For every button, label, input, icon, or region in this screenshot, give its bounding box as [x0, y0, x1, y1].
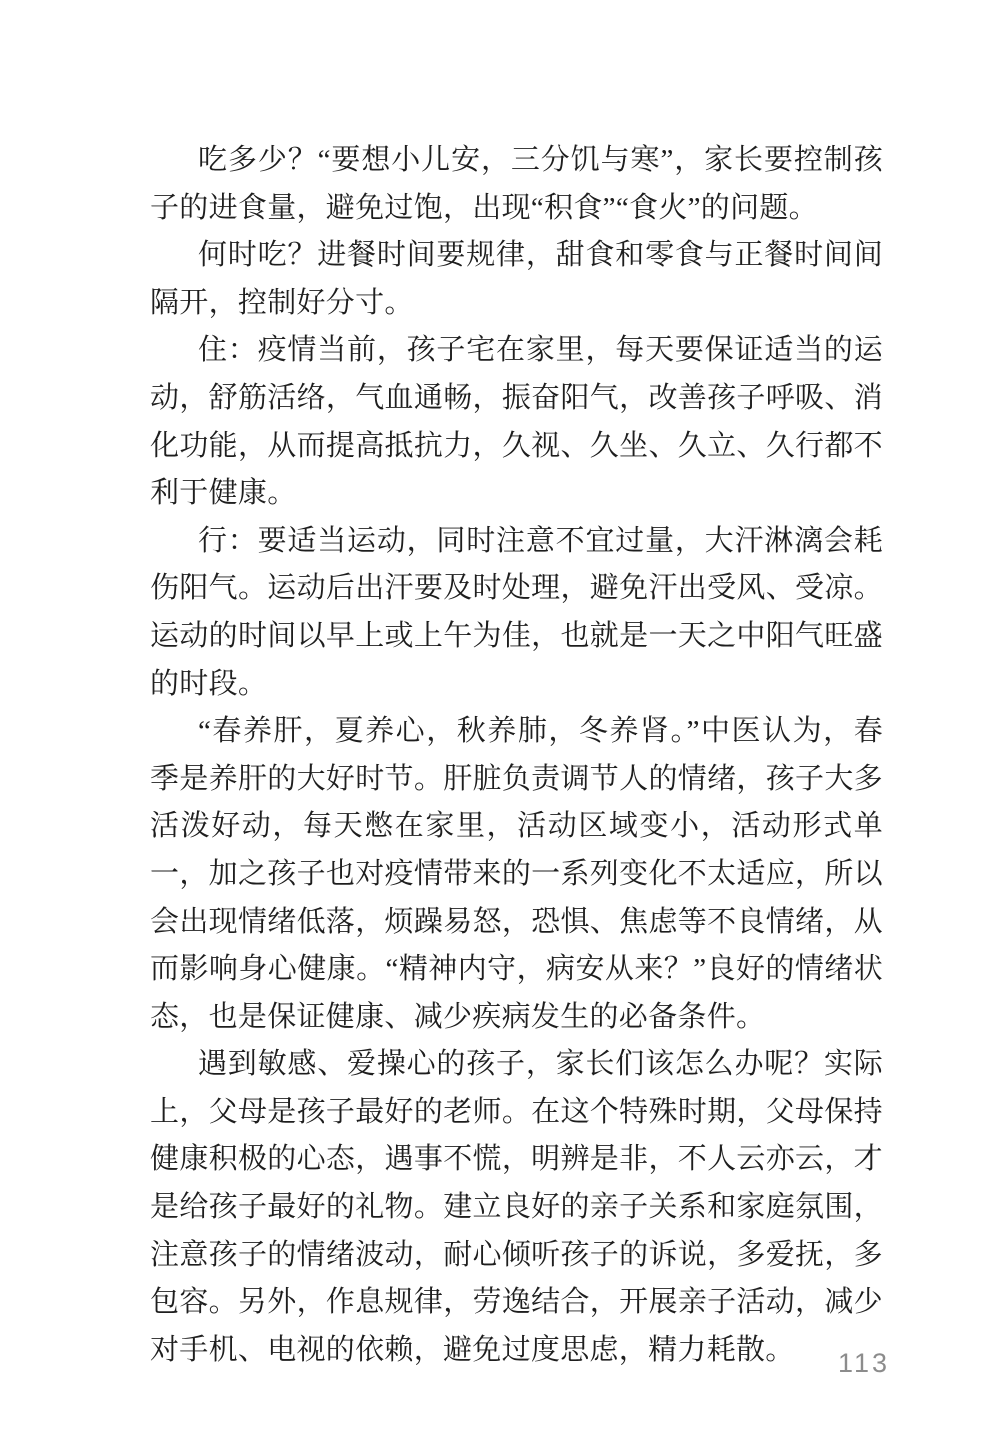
- paragraph-exercise: 行：要适当运动，同时注意不宜过量，大汗淋漓会耗伤阳气。运动后出汗要及时处理，避免…: [150, 518, 883, 708]
- book-page: 吃多少？“要想小儿安，三分饥与寒”，家长要控制孩子的进食量，避免过饱，出现“积食…: [0, 0, 1000, 1450]
- paragraph-parenting-advice: 遇到敏感、爱操心的孩子，家长们该怎么办呢？实际上，父母是孩子最好的老师。在这个特…: [150, 1041, 883, 1374]
- paragraph-seasons-emotions: “春养肝，夏养心，秋养肺，冬养肾。”中医认为，春季是养肝的大好时节。肝脏负责调节…: [150, 708, 883, 1041]
- page-number: 113: [838, 1348, 890, 1379]
- paragraph-living: 住：疫情当前，孩子宅在家里，每天要保证适当的运动，舒筋活络，气血通畅，振奋阳气，…: [150, 327, 883, 517]
- body-text: 吃多少？“要想小儿安，三分饥与寒”，家长要控制孩子的进食量，避免过饱，出现“积食…: [150, 137, 883, 1374]
- paragraph-eat-how-much: 吃多少？“要想小儿安，三分饥与寒”，家长要控制孩子的进食量，避免过饱，出现“积食…: [150, 137, 883, 232]
- paragraph-when-to-eat: 何时吃？进餐时间要规律，甜食和零食与正餐时间间隔开，控制好分寸。: [150, 232, 883, 327]
